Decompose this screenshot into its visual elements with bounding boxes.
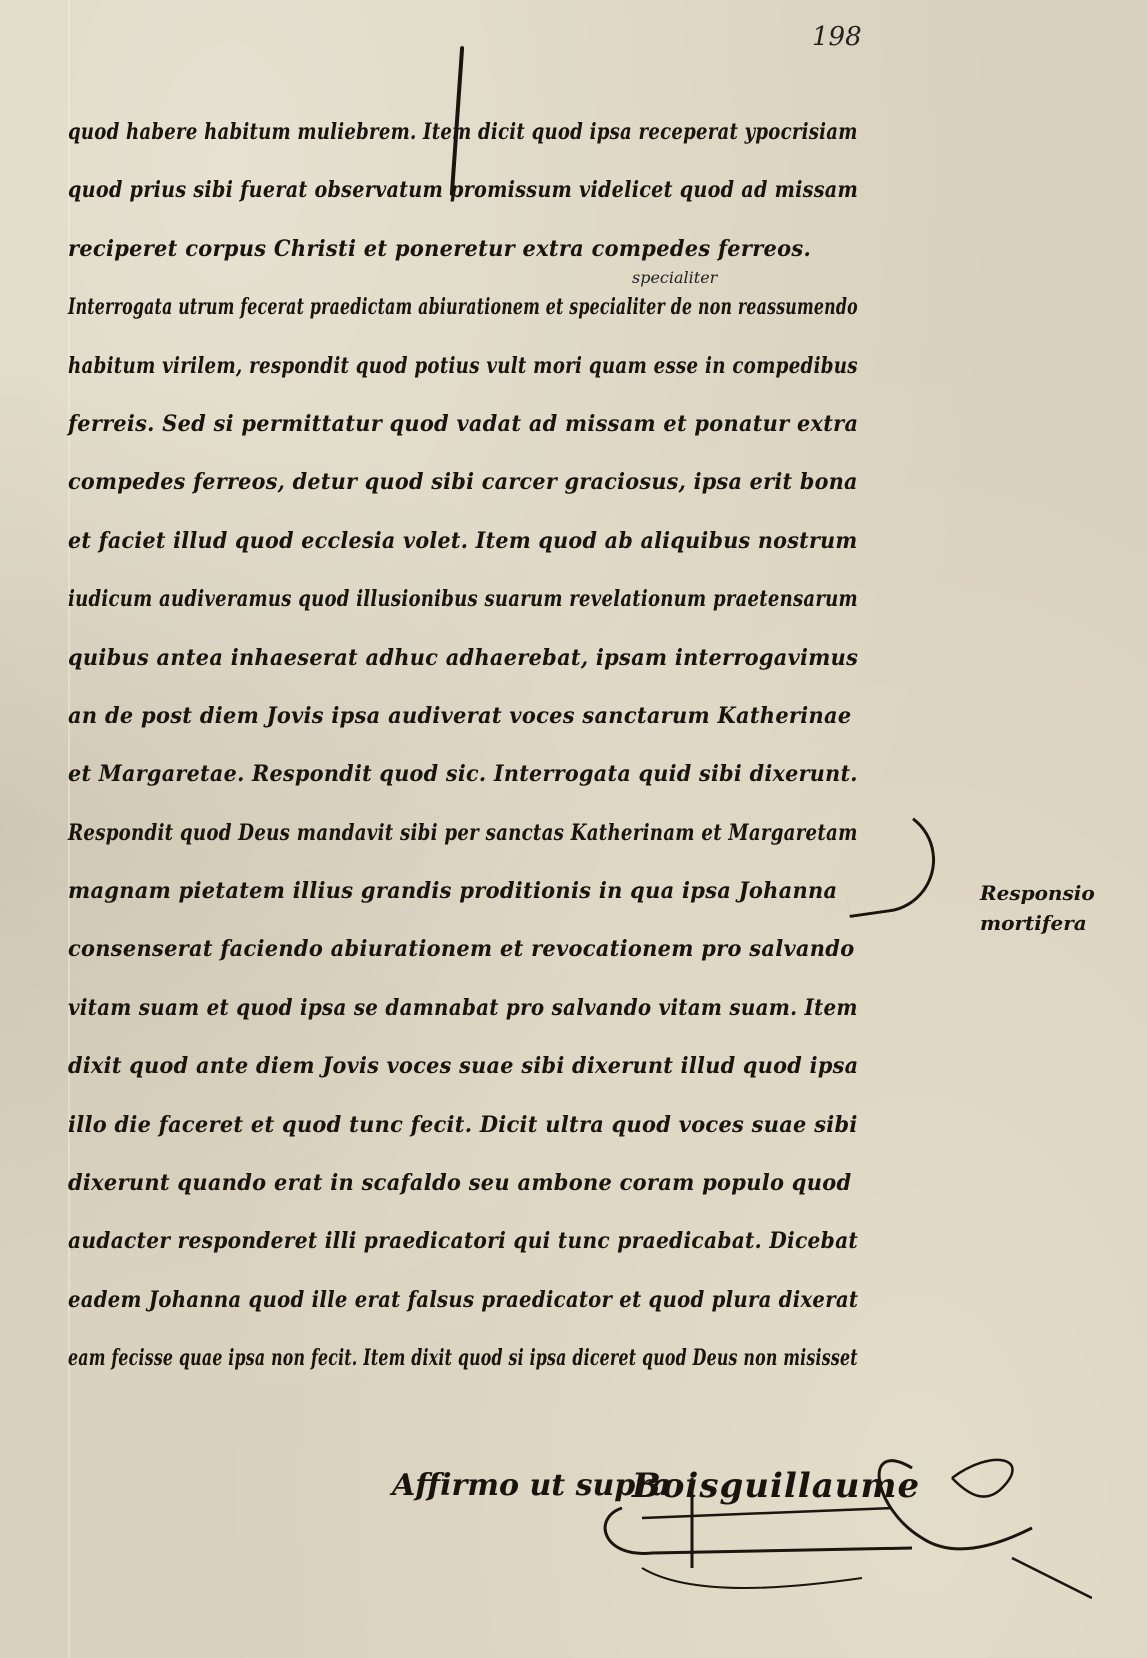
text-line: Respondit quod Deus mandavit sibi per sa…: [68, 813, 755, 871]
text-line: ferreis. Sed si permittatur quod vadat a…: [68, 404, 855, 462]
text-line: audacter responderet illi praedicatori q…: [68, 1221, 830, 1279]
text-line: et faciet illud quod ecclesia volet. Ite…: [68, 521, 847, 579]
text-line: dixerunt quando erat in scafaldo seu amb…: [68, 1163, 858, 1221]
text-line: compedes ferreos, detur quod sibi carcer…: [68, 462, 850, 520]
margin-note-line: Responsio: [980, 878, 1120, 908]
text-line: et Margaretae. Respondit quod sic. Inter…: [68, 754, 850, 812]
text-line: eadem Johanna quod ille erat falsus prae…: [68, 1280, 810, 1338]
text-line: magnam pietatem illius grandis prodition…: [68, 871, 858, 929]
margin-bracket-mark: [835, 800, 942, 918]
text-line: reciperet corpus Christi et poneretur ex…: [68, 229, 858, 287]
text-line: iudicum audiveramus quod illusionibus su…: [68, 579, 750, 637]
text-line: dixit quod ante diem Jovis voces suae si…: [68, 1046, 852, 1104]
text-line: habitum virilem, respondit quod potius v…: [68, 346, 757, 404]
text-line: quod prius sibi fuerat observatum promis…: [68, 170, 792, 228]
text-line: Interrogata utrum fecerat praedictam abi…: [68, 287, 664, 345]
margin-note-line: mortifera: [980, 908, 1120, 938]
margin-note: Responsio mortifera: [980, 878, 1120, 938]
folio-number: 198: [812, 22, 862, 52]
interlinear-insertion: specialiter: [632, 268, 717, 287]
text-line: vitam suam et quod ipsa se damnabat pro …: [68, 988, 818, 1046]
text-line: an de post diem Jovis ipsa audiverat voc…: [68, 696, 858, 754]
text-line: eam fecisse quae ipsa non fecit. Item di…: [68, 1338, 664, 1396]
main-text-block: quod habere habitum muliebrem. Item dici…: [68, 112, 898, 1397]
text-line: illo die faceret et quod tunc fecit. Dic…: [68, 1105, 857, 1163]
text-line: quod habere habitum muliebrem. Item dici…: [68, 112, 750, 170]
notary-signature: Affirmo ut supra Boisguillaume: [392, 1448, 1092, 1608]
text-line: consenserat faciendo abiurationem et rev…: [68, 929, 858, 987]
text-line: quibus antea inhaeserat adhuc adhaerebat…: [68, 638, 856, 696]
